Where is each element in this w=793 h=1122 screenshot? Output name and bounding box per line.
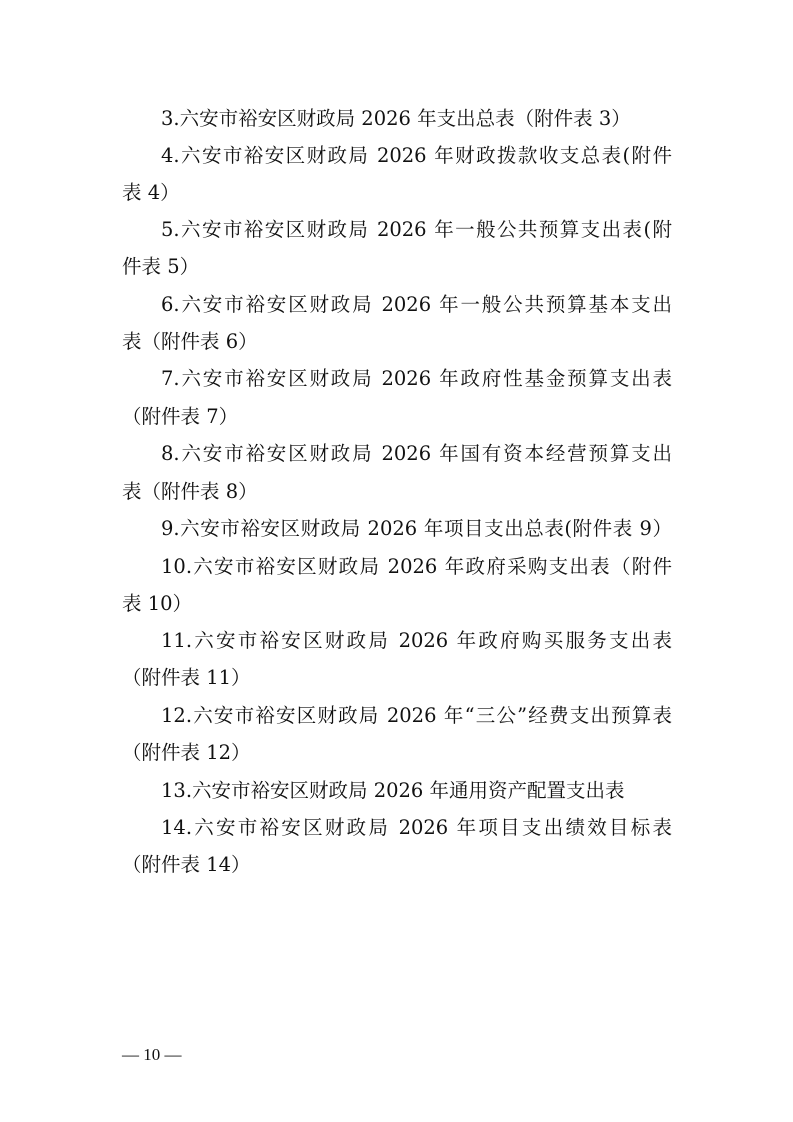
list-item-8-line-2: 表（附件表 8） (122, 473, 672, 510)
page-number: — 10 — (122, 1041, 182, 1069)
list-item-7-line-2: （附件表 7） (122, 398, 672, 435)
list-item-14-line-2: （附件表 14） (122, 846, 672, 883)
document-page: 3.六安市裕安区财政局 2026 年支出总表（附件表 3） 4.六安市裕安区财政… (0, 0, 793, 1122)
list-item-5-line-2: 件表 5） (122, 248, 672, 285)
list-item-12-line-1: 12.六安市裕安区财政局 2026 年“三公”经费支出预算表 (161, 697, 672, 734)
list-item-3-line-1: 3.六安市裕安区财政局 2026 年支出总表（附件表 3） (161, 100, 672, 137)
list-item-6-line-2: 表（附件表 6） (122, 323, 672, 360)
list-item-4-line-1: 4.六安市裕安区财政局 2026 年财政拨款收支总表(附件 (161, 137, 672, 174)
list-item-5-line-1: 5.六安市裕安区财政局 2026 年一般公共预算支出表(附 (161, 211, 672, 248)
list-item-11-line-1: 11.六安市裕安区财政局 2026 年政府购买服务支出表 (161, 622, 672, 659)
list-item-7-line-1: 7.六安市裕安区财政局 2026 年政府性基金预算支出表 (161, 360, 672, 397)
list-item-9-line-1: 9.六安市裕安区财政局 2026 年项目支出总表(附件表 9） (161, 510, 672, 547)
list-item-12-line-2: （附件表 12） (122, 734, 672, 771)
list-item-6-line-1: 6.六安市裕安区财政局 2026 年一般公共预算基本支出 (161, 286, 672, 323)
list-item-13-line-1: 13.六安市裕安区财政局 2026 年通用资产配置支出表 (161, 772, 672, 809)
list-item-11-line-2: （附件表 11） (122, 659, 672, 696)
list-item-4-line-2: 表 4） (122, 174, 672, 211)
list-item-14-line-1: 14.六安市裕安区财政局 2026 年项目支出绩效目标表 (161, 809, 672, 846)
list-item-10-line-2: 表 10） (122, 585, 672, 622)
list-item-8-line-1: 8.六安市裕安区财政局 2026 年国有资本经营预算支出 (161, 435, 672, 472)
list-item-10-line-1: 10.六安市裕安区财政局 2026 年政府采购支出表（附件 (161, 548, 672, 585)
